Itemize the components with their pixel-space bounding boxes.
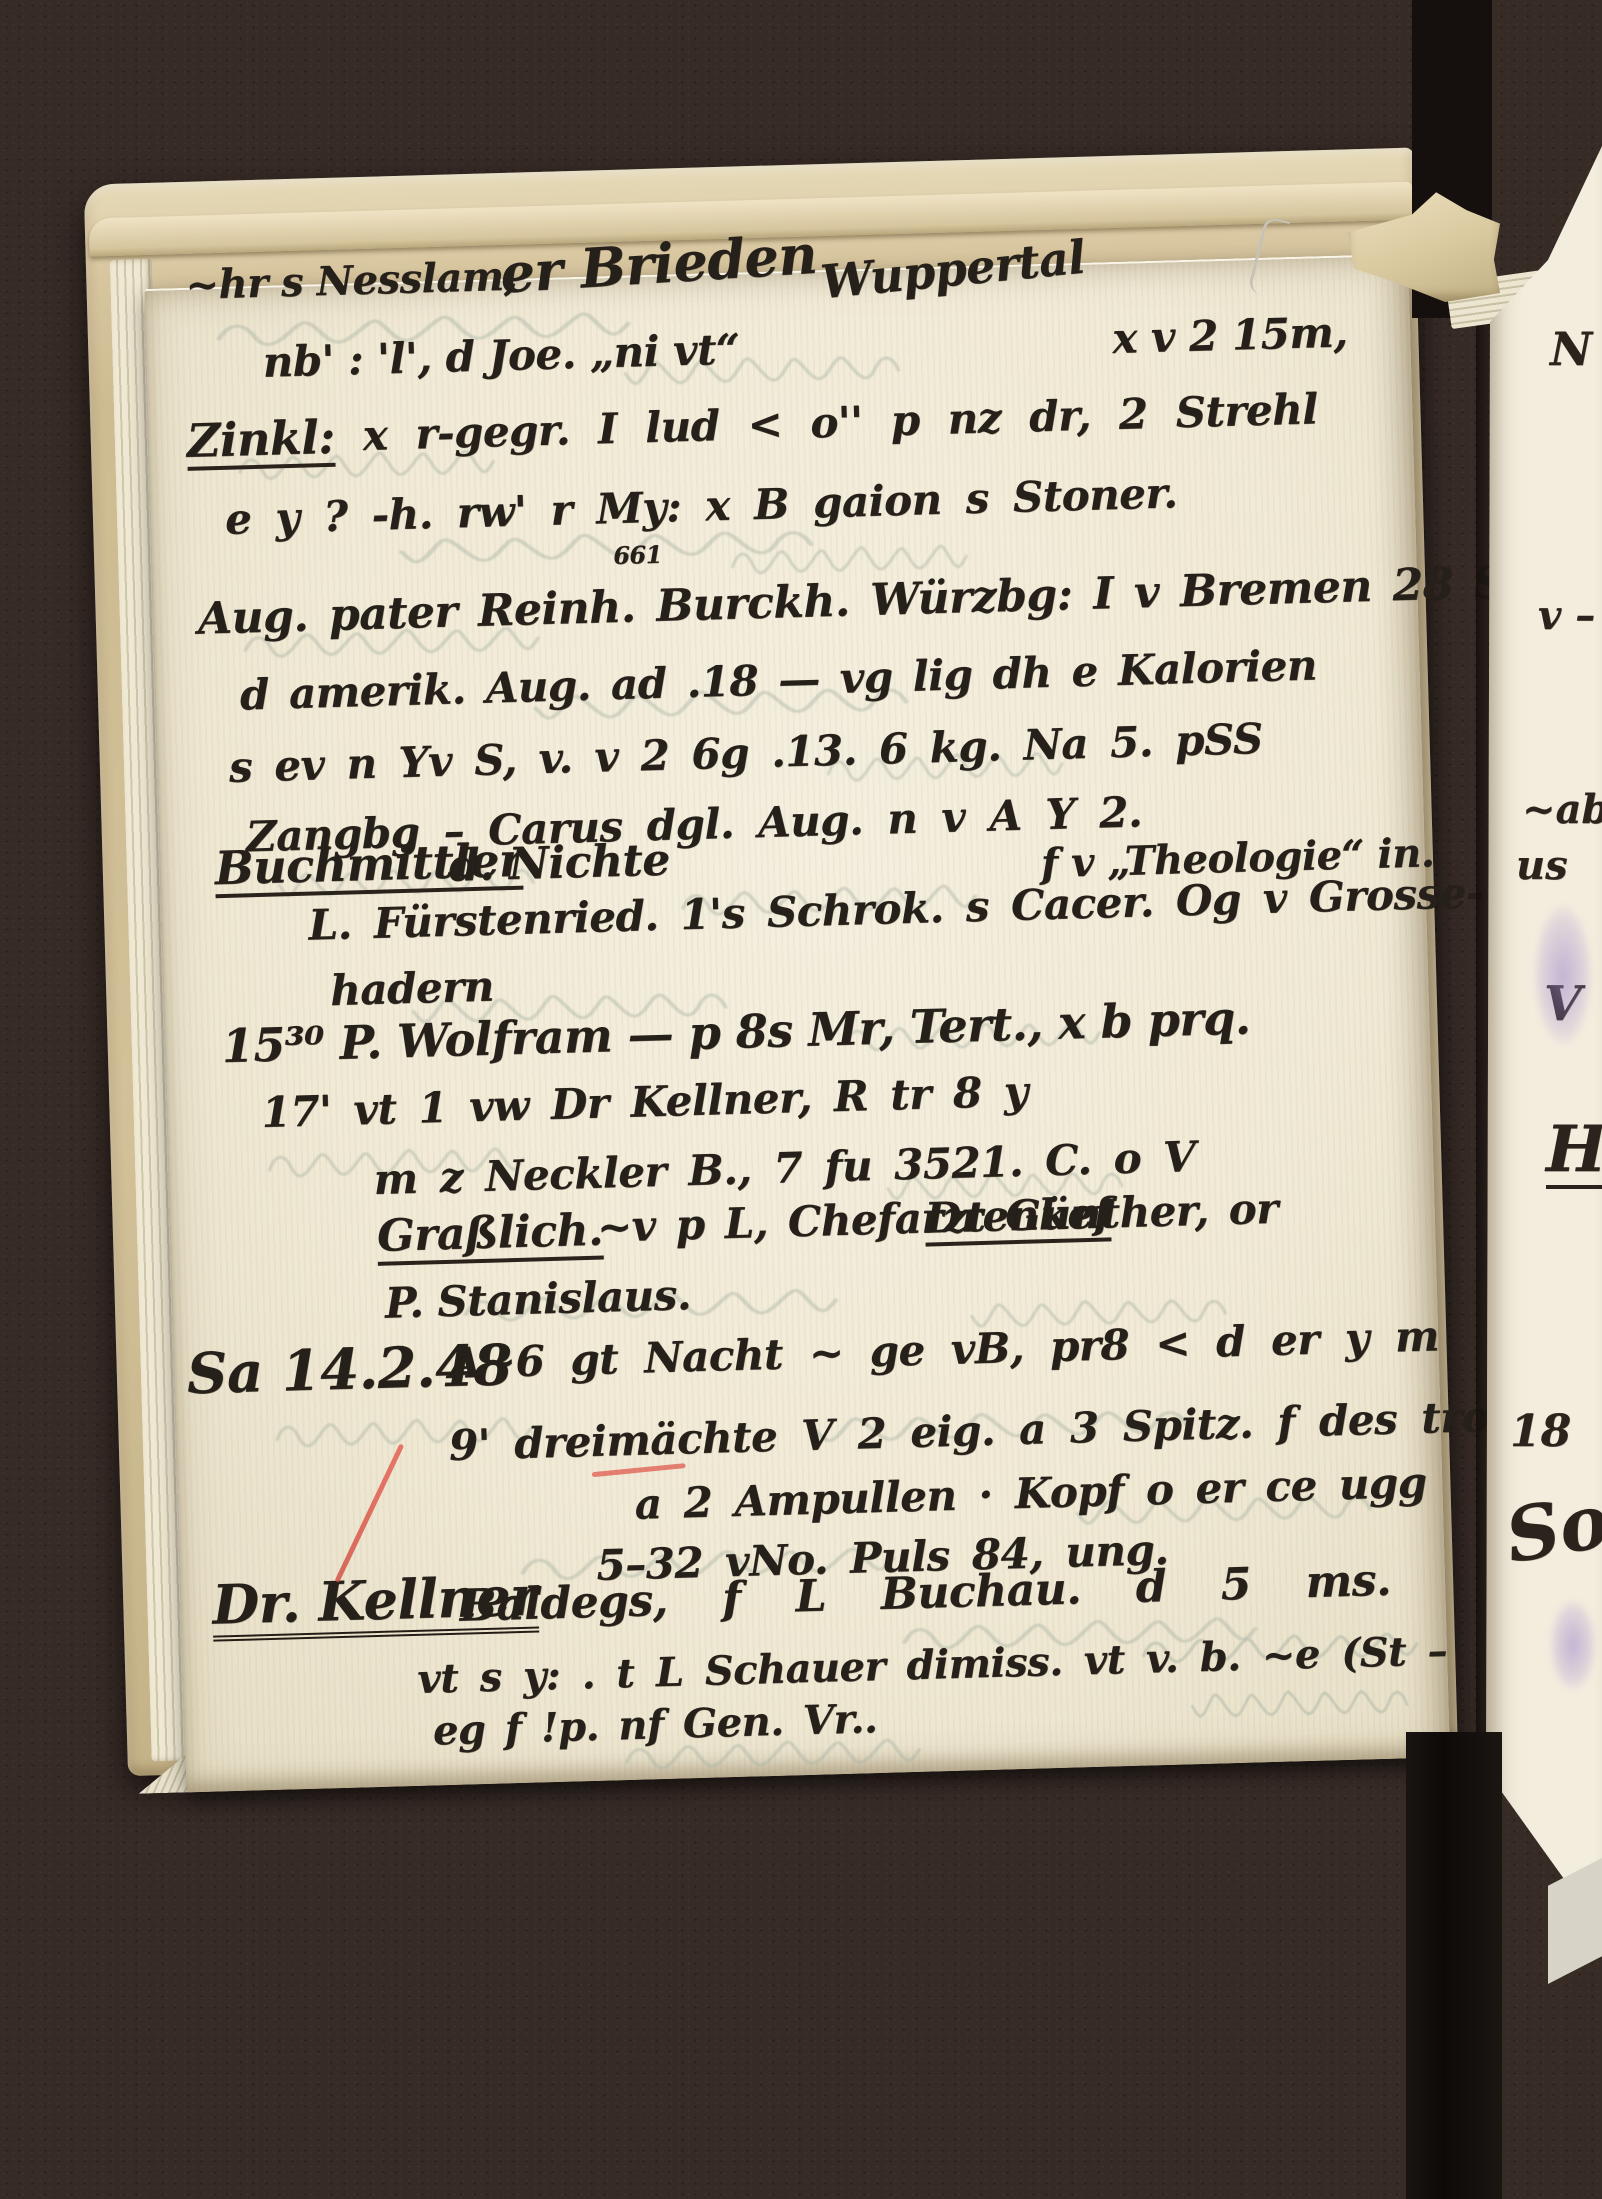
gutter-shadow-bottom: [1406, 1732, 1502, 2199]
handwriting-fragment: 18: [1510, 1410, 1571, 1454]
violet-ink-smudge: [1550, 1600, 1596, 1690]
handwriting-fragment: ~ab: [1522, 790, 1602, 830]
pencil-mark: [1190, 1682, 1411, 1722]
handwriting-line: x v 2 15m,: [1112, 311, 1348, 360]
handwriting-line: eg f !p. nf Gen. Vr..: [432, 1699, 877, 1751]
handwriting-fragment: So: [1500, 1484, 1602, 1575]
handwriting-line: ~hr s Nesslam,: [185, 257, 517, 306]
handwriting-name-zinkl: Zinkl:: [186, 414, 335, 471]
handwriting-fragment: N: [1550, 326, 1592, 372]
handwriting-line: hadern: [330, 966, 495, 1013]
handwriting-line: d. Nichte: [448, 839, 670, 889]
violet-ink-smudge: [1534, 905, 1592, 1045]
handwriting-fragment: v –: [1538, 596, 1595, 636]
notebook: ~hr s Nesslam, er Brieden Wuppertal x v …: [0, 0, 1602, 2199]
handwriting-superscript: 661: [613, 543, 662, 568]
handwriting-fragment: us: [1516, 846, 1568, 886]
handwriting-name-stanislaus: P. Stanislaus.: [384, 1274, 691, 1325]
diary-photo: ~hr s Nesslam, er Brieden Wuppertal x v …: [0, 0, 1602, 2199]
handwriting-name-grasslich: Graßlich.: [377, 1209, 604, 1266]
handwriting-fragment: H: [1546, 1118, 1602, 1189]
